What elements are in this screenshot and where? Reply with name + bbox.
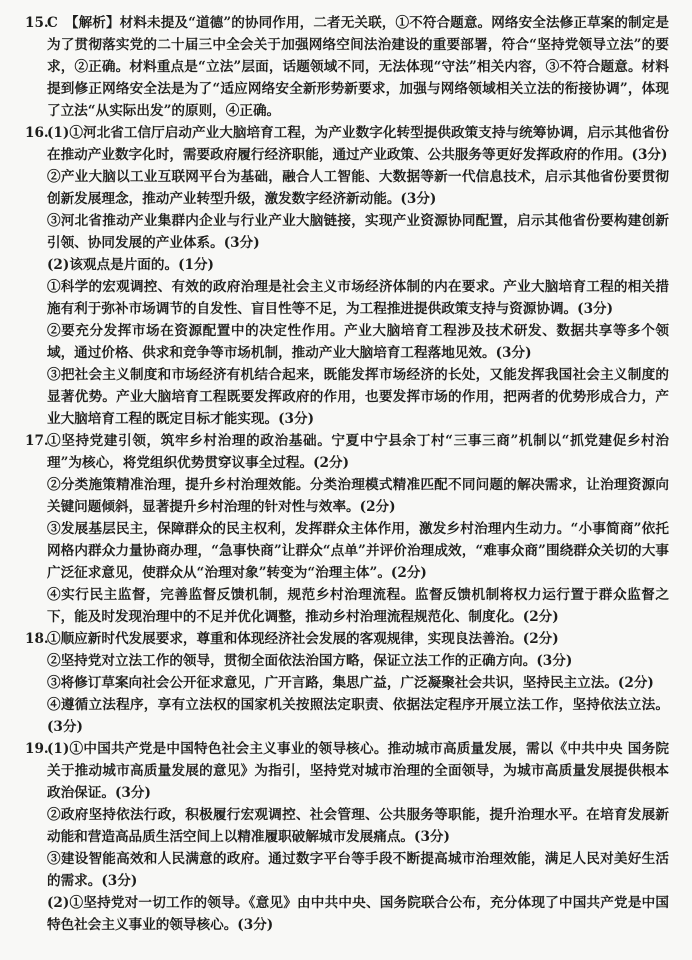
- answer-paragraph: (2)①坚持党对一切工作的领导。《意见》由中共中央、国务院联合公布，充分体现了中…: [47, 892, 669, 936]
- answer-item-17: 17. ①坚持党建引领，筑牢乡村治理的政治基础。宁夏中宁县余丁村“三事三商”机制…: [47, 430, 669, 628]
- analysis-label: 【解析】: [65, 15, 120, 31]
- answer-paragraph: ②要充分发挥市场在资源配置中的决定性作用。产业大脑培育工程涉及技术研发、数据共享…: [47, 320, 669, 364]
- answer-item-19: 19. (1)①中国共产党是中国特色社会主义事业的领导核心。推动城市高质量发展，…: [47, 738, 669, 936]
- item-number: 17.: [25, 430, 49, 452]
- answer-item-16: 16. (1)①河北省工信厅启动产业大脑培育工程，为产业数字化转型提供政策支持与…: [47, 122, 669, 430]
- answer-paragraph: ③河北省推动产业集群内企业与行业产业大脑链接，实现产业资源协同配置，启示其他省份…: [47, 210, 669, 254]
- item-number: 15.: [25, 12, 49, 34]
- item-number: 18.: [25, 628, 49, 650]
- answer-paragraph: ③发展基层民主，保障群众的民主权利，发挥群众主体作用，激发乡村治理内生动力。“小…: [47, 518, 669, 584]
- answer-paragraph: ④遵循立法程序，享有立法权的国家机关按照法定职责、依据法定程序开展立法工作，坚持…: [47, 694, 669, 738]
- answer-item-18: 18. ①顺应新时代发展要求，尊重和体现经济社会发展的客观规律，实现良法善治。(…: [47, 628, 669, 738]
- answer-paragraph: (1)①河北省工信厅启动产业大脑培育工程，为产业数字化转型提供政策支持与统筹协调…: [47, 122, 669, 166]
- answer-paragraph: ②坚持党对立法工作的领导，贯彻全面依法治国方略，保证立法工作的正确方向。(3分): [47, 650, 669, 672]
- answer-paragraph: (2)该观点是片面的。(1分): [47, 254, 669, 276]
- answer-paragraph: ④实行民主监督，完善监督反馈机制，规范乡村治理流程。监督反馈机制将权力运行置于群…: [47, 584, 669, 628]
- answer-paragraph: ③将修订草案向社会公开征求意见，广开言路，集思广益，广泛凝聚社会共识，坚持民主立…: [47, 672, 669, 694]
- answer-paragraph: ①坚持党建引领，筑牢乡村治理的政治基础。宁夏中宁县余丁村“三事三商”机制以“抓党…: [47, 430, 669, 474]
- answer-paragraph: ③建设智能高效和人民满意的政府。通过数字平台等手段不断提高城市治理效能，满足人民…: [47, 848, 669, 892]
- answer-paragraph: ③把社会主义制度和市场经济有机结合起来，既能发挥市场经济的长处，又能发挥我国社会…: [47, 364, 669, 430]
- analysis-text: 材料未提及“道德”的协同作用，二者无关联，①不符合题意。网络安全法修正草案的制定…: [47, 15, 669, 119]
- answer-sheet-page: 15. C【解析】材料未提及“道德”的协同作用，二者无关联，①不符合题意。网络安…: [0, 0, 692, 960]
- answer-paragraph: ②政府坚持依法行政，积极履行宏观调控、社会管理、公共服务等职能，提升治理水平。在…: [47, 804, 669, 848]
- answer-paragraph: (1)①中国共产党是中国特色社会主义事业的领导核心。推动城市高质量发展，需以《中…: [47, 738, 669, 804]
- answer-paragraph: ②分类施策精准治理，提升乡村治理效能。分类治理模式精准匹配不同问题的解决需求，让…: [47, 474, 669, 518]
- item-number: 16.: [25, 122, 49, 144]
- answer-item-15: 15. C【解析】材料未提及“道德”的协同作用，二者无关联，①不符合题意。网络安…: [47, 12, 669, 122]
- answer-paragraph: C【解析】材料未提及“道德”的协同作用，二者无关联，①不符合题意。网络安全法修正…: [47, 12, 669, 122]
- answer-paragraph: ①科学的宏观调控、有效的政府治理是社会主义市场经济体制的内在要求。产业大脑培育工…: [47, 276, 669, 320]
- item-number: 19.: [25, 738, 49, 760]
- answer-paragraph: ②产业大脑以工业互联网平台为基础，融合人工智能、大数据等新一代信息技术，启示其他…: [47, 166, 669, 210]
- answer-paragraph: ①顺应新时代发展要求，尊重和体现经济社会发展的客观规律，实现良法善治。(2分): [47, 628, 669, 650]
